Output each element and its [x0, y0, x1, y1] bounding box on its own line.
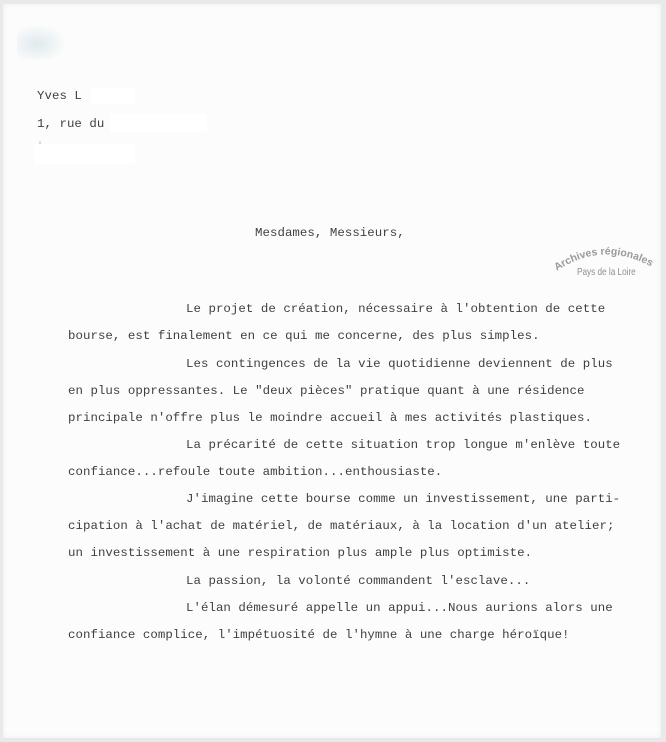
paper-smudge [17, 24, 67, 60]
body-line: Le projet de création, nécessaire à l'ob… [186, 301, 605, 317]
body-line: La précarité de cette situation trop lon… [186, 437, 620, 453]
sender-name: Yves L [37, 88, 82, 104]
body-line: en plus oppressantes. Le "deux pièces" p… [68, 383, 585, 399]
body-line: confiance...refoule toute ambition...ent… [68, 464, 442, 480]
archives-stamp-arc-text: Archives régionales [549, 242, 661, 288]
letter-page: Yves L 1, rue du '. Mesdames, Messieurs,… [3, 4, 661, 738]
salutation: Mesdames, Messieurs, [255, 225, 405, 241]
body-line: bourse, est finalement en ce qui me conc… [68, 328, 540, 344]
body-line: principale n'offre plus le moindre accue… [68, 410, 592, 426]
body-line: La passion, la volonté commandent l'escl… [186, 573, 530, 589]
redaction-name [91, 88, 135, 104]
body-line: confiance complice, l'impétuosité de l'h… [68, 627, 570, 643]
body-line: cipation à l'achat de matériel, de matér… [68, 518, 614, 534]
body-line: un investissement à une respiration plus… [68, 545, 532, 561]
sender-address-line-1: 1, rue du [37, 116, 104, 132]
redaction-address-1 [110, 114, 207, 132]
redaction-address-2 [34, 144, 135, 164]
body-line: J'imagine cette bourse comme un investis… [186, 491, 620, 507]
archives-stamp-subtitle: Pays de la Loire [577, 266, 636, 278]
archives-stamp: Archives régionales Pays de la Loire [549, 242, 661, 288]
body-line: L'élan démesuré appelle un appui...Nous … [186, 600, 613, 616]
body-line: Les contingences de la vie quotidienne d… [186, 356, 613, 372]
